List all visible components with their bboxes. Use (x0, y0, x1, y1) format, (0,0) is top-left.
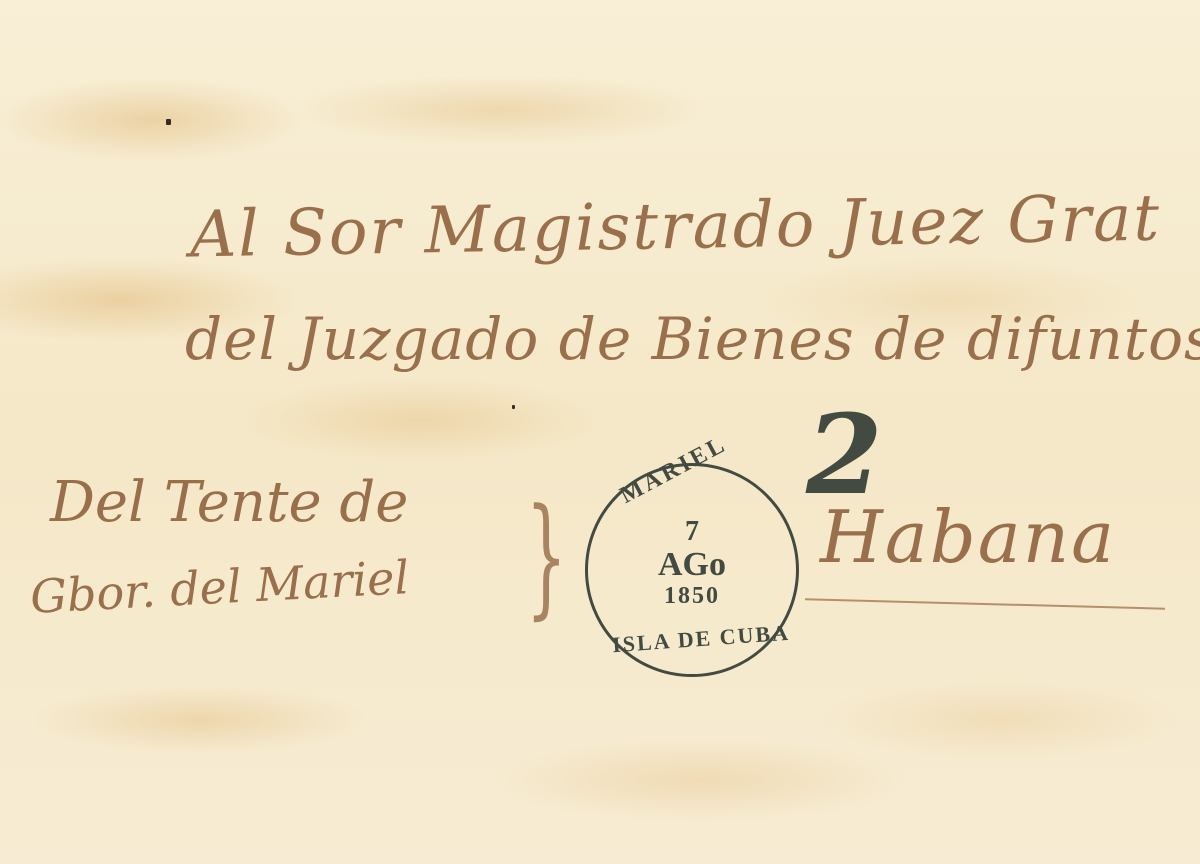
address-line-2: del Juzgado de Bienes de difuntos (185, 305, 1200, 373)
sender-line-1: Del Tente de (50, 470, 408, 535)
postmark-day: 7 (588, 518, 796, 546)
postmark-circle: MARIEL 7 AGo 1850 ISLA DE CUBA (585, 463, 799, 677)
ink-speck (512, 405, 515, 409)
postmark-town: MARIEL (616, 431, 732, 510)
postmark-country: ISLA DE CUBA (611, 620, 790, 658)
address-line-1: Al Sor Magistrado Juez Grat (189, 182, 1161, 273)
postmark-date: 7 AGo 1850 (588, 518, 796, 608)
postage-rate-mark: 2 (806, 400, 883, 510)
ink-speck (166, 119, 171, 125)
destination-underline (805, 598, 1165, 609)
postmark-month: AGo (588, 548, 796, 582)
sender-line-2: Gbor. del Mariel (29, 550, 411, 624)
envelope-cover: Al Sor Magistrado Juez Grat del Juzgado … (0, 0, 1200, 864)
destination-city: Habana (820, 495, 1116, 579)
sender-brace: } (526, 480, 567, 632)
postmark-year: 1850 (588, 584, 796, 608)
